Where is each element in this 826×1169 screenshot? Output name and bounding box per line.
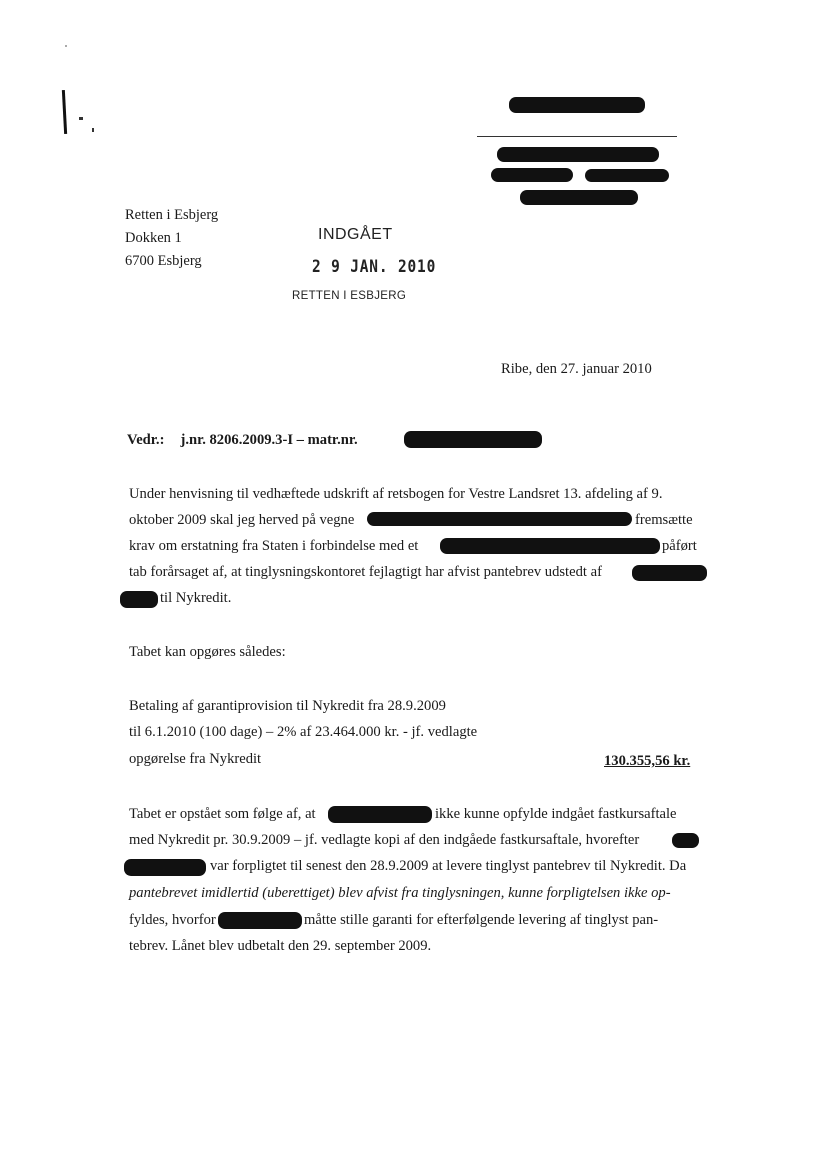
- recipient-name: Retten i Esbjerg: [125, 206, 218, 224]
- recipient-city: 6700 Esbjerg: [125, 252, 202, 270]
- stamp-title: INDGÅET: [318, 226, 393, 244]
- text-line: krav om erstatning fra Staten i forbinde…: [129, 537, 418, 555]
- loss-intro: Tabet kan opgøres således:: [129, 643, 286, 661]
- redaction: [124, 859, 206, 876]
- subject-line: Vedr.:j.nr. 8206.2009.3-I – matr.nr.: [127, 432, 358, 449]
- redaction: [509, 97, 645, 113]
- redaction: [632, 565, 707, 581]
- text-line: til 6.1.2010 (100 dage) – 2% af 23.464.0…: [129, 723, 477, 741]
- redaction: [404, 431, 542, 448]
- text-line: fremsætte: [635, 511, 693, 529]
- text-line: ikke kunne opfylde indgået fastkursaftal…: [435, 805, 677, 823]
- text-line: tab forårsaget af, at tinglysningskontor…: [129, 563, 602, 581]
- scan-speck: [65, 45, 67, 47]
- recipient-street: Dokken 1: [125, 229, 182, 247]
- stamp-date: 2 9 JAN. 2010: [312, 257, 436, 277]
- redaction: [367, 512, 632, 526]
- text-line: pantebrevet imidlertid (uberettiget) ble…: [129, 884, 671, 902]
- stamp-court: RETTEN I ESBJERG: [292, 290, 406, 302]
- scan-speck: [92, 128, 94, 132]
- redaction: [491, 168, 573, 182]
- text-line: var forpligtet til senest den 28.9.2009 …: [210, 857, 686, 875]
- text-line: med Nykredit pr. 30.9.2009 – jf. vedlagt…: [129, 831, 639, 849]
- scan-margin-mark: [62, 90, 67, 134]
- text-line: oktober 2009 skal jeg herved på vegne: [129, 511, 354, 529]
- loss-amount: 130.355,56 kr.: [604, 753, 690, 770]
- text-line: Under henvisning til vedhæftede udskrift…: [129, 485, 662, 503]
- scan-speck: [79, 117, 83, 120]
- text-line: Tabet er opstået som følge af, at: [129, 805, 316, 823]
- text-line: påført: [662, 537, 697, 555]
- subject-text: j.nr. 8206.2009.3-I – matr.nr.: [180, 432, 357, 448]
- redaction: [328, 806, 432, 823]
- sender-divider: [477, 136, 677, 137]
- redaction: [585, 169, 669, 182]
- redaction: [218, 912, 302, 929]
- redaction: [672, 833, 699, 848]
- redaction: [120, 591, 158, 608]
- subject-label: Vedr.:: [127, 432, 164, 448]
- text-line: fyldes, hvorfor: [129, 911, 216, 929]
- redaction: [497, 147, 659, 162]
- redaction: [440, 538, 660, 554]
- text-line: til Nykredit.: [160, 589, 231, 607]
- text-line: opgørelse fra Nykredit: [129, 750, 261, 768]
- text-line: tebrev. Lånet blev udbetalt den 29. sept…: [129, 937, 431, 955]
- place-date: Ribe, den 27. januar 2010: [501, 361, 652, 378]
- text-line: måtte stille garanti for efterfølgende l…: [304, 911, 658, 929]
- text-line: Betaling af garantiprovision til Nykredi…: [129, 697, 446, 715]
- redaction: [520, 190, 638, 205]
